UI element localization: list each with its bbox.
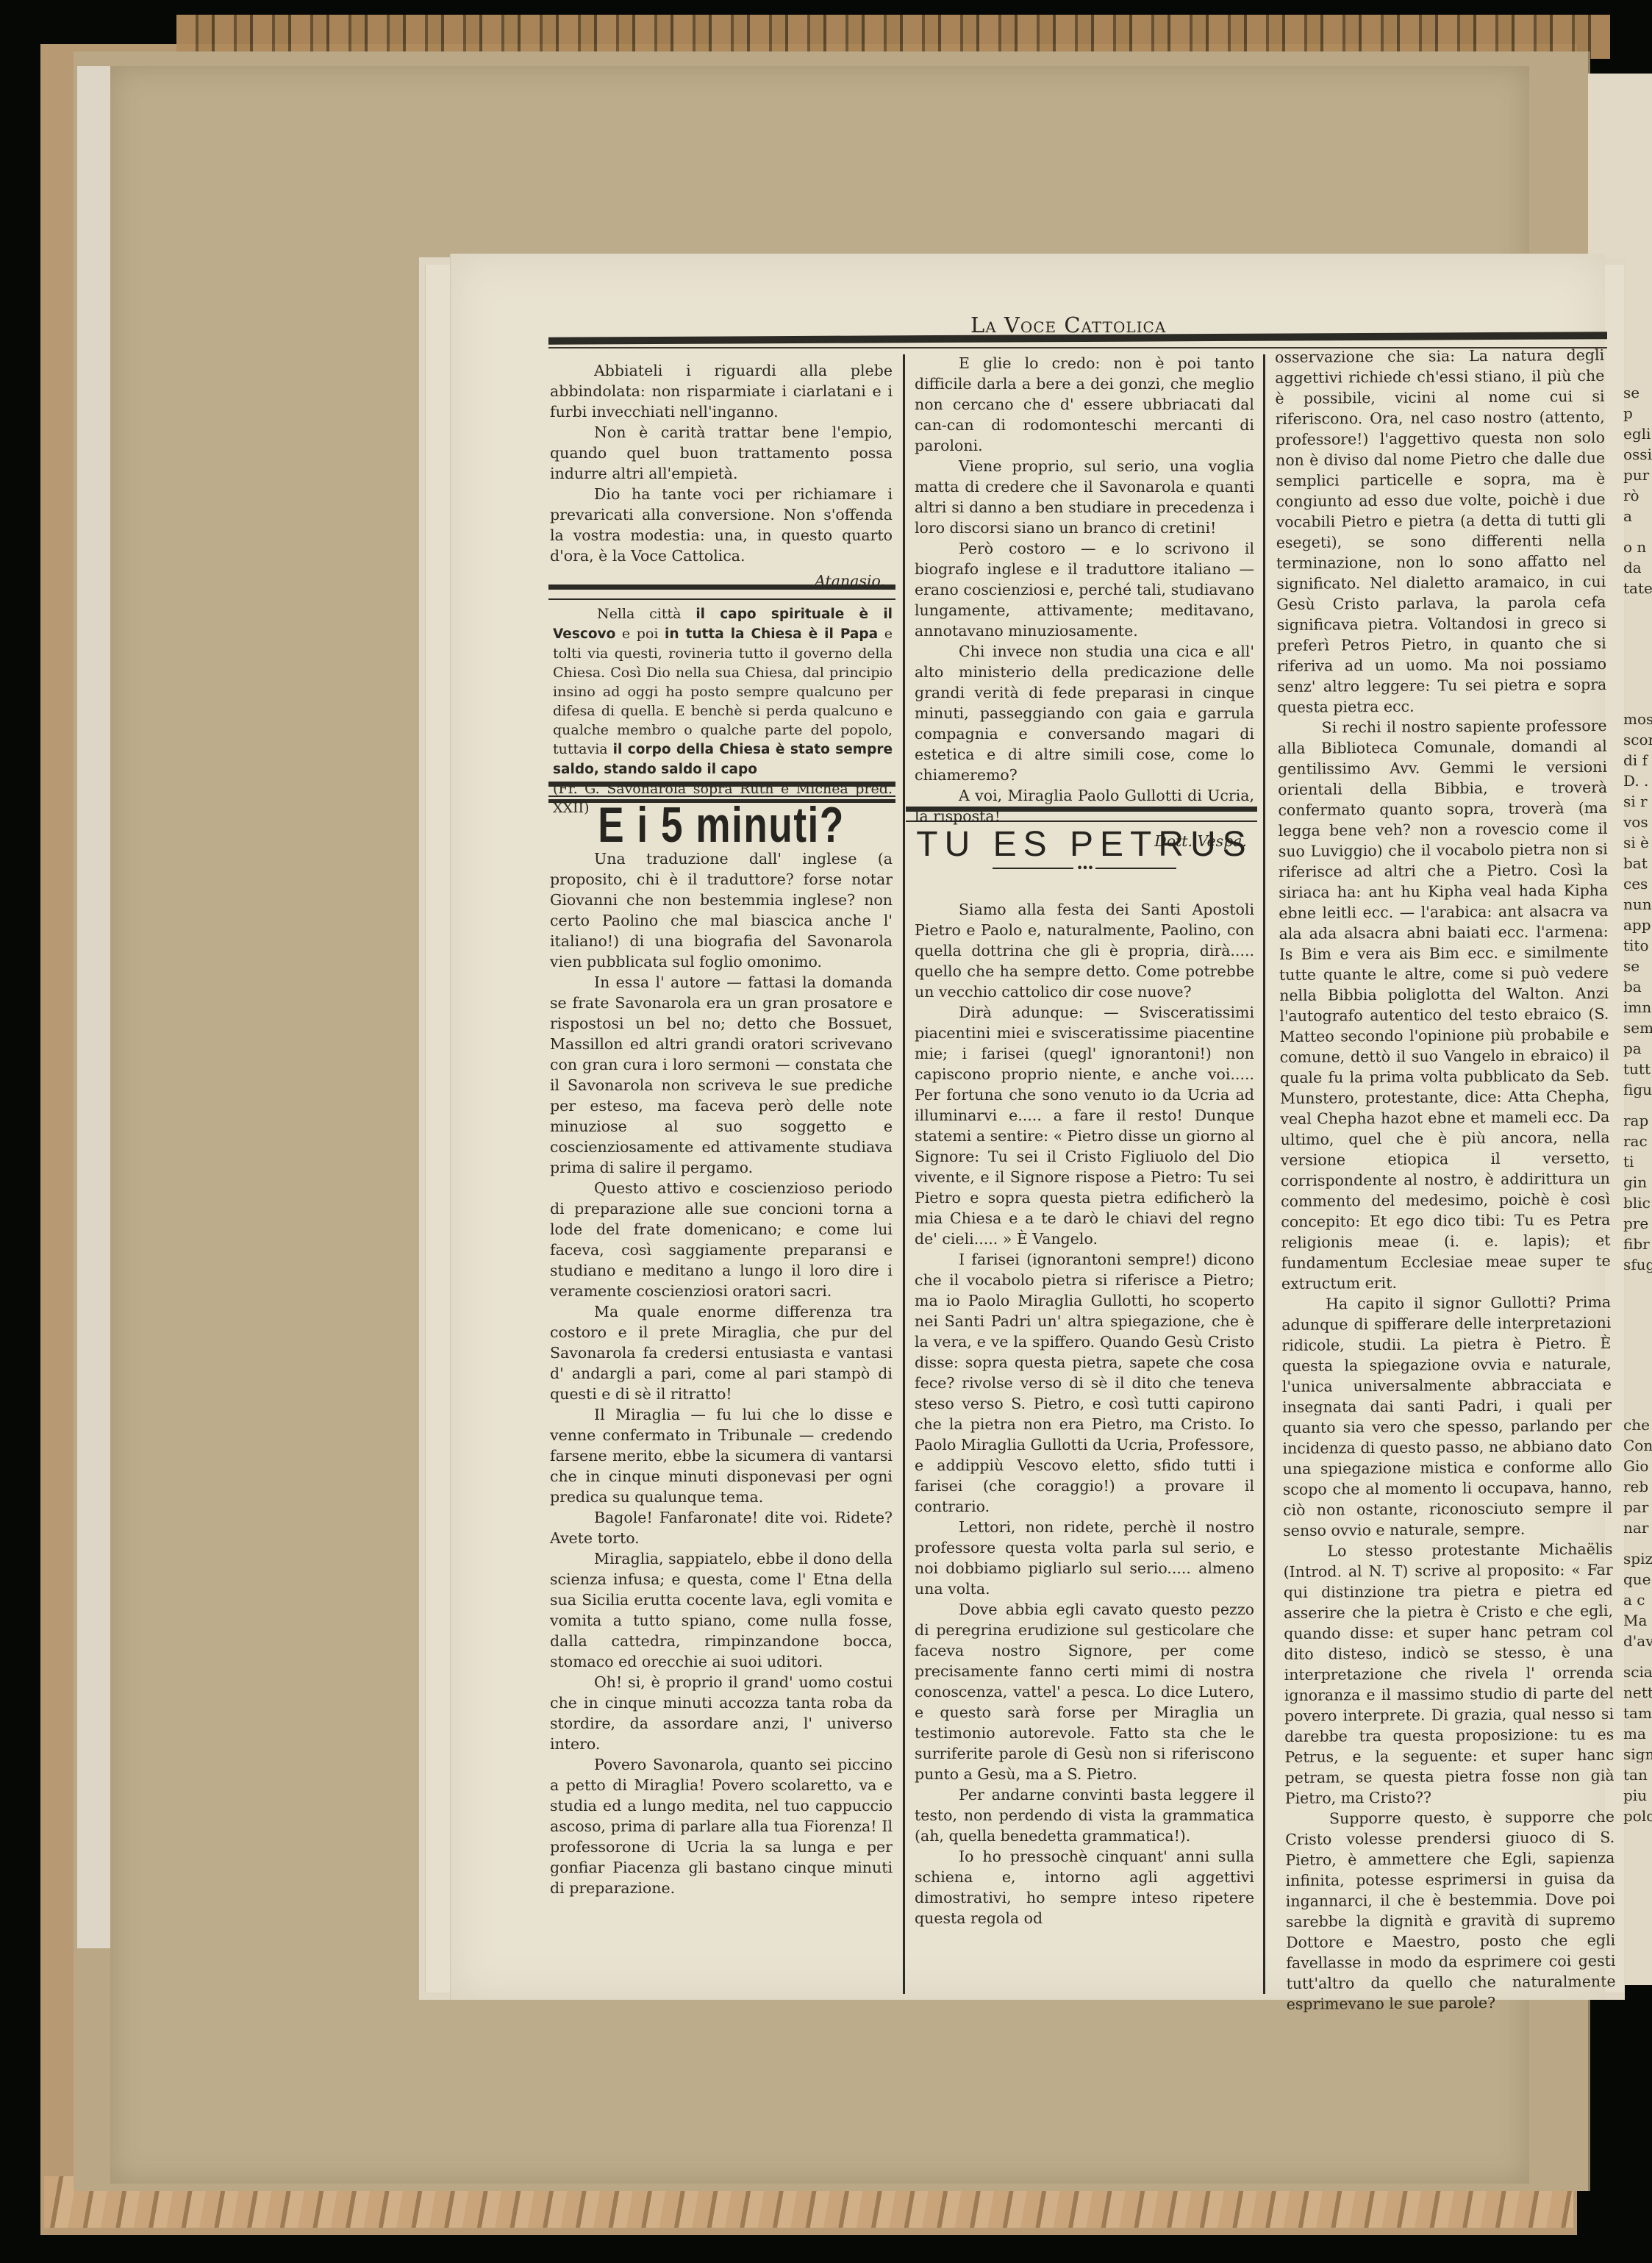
column-3: osservazione che sia: La natura degli ag… xyxy=(1275,345,1616,2014)
left-paper-strip xyxy=(77,66,114,1948)
column-divider-2 xyxy=(1263,354,1265,1994)
paragraph: Per andarne convinti basta leggere il te… xyxy=(915,1784,1254,1846)
article-title: E i 5 minuti? xyxy=(587,815,854,835)
paragraph: E glie lo credo: non è poi tanto diffici… xyxy=(915,353,1254,456)
paragraph: Però costoro — e lo scrivono il biografo… xyxy=(915,538,1254,641)
paragraph: Povero Savonarola, quanto sei piccino a … xyxy=(550,1754,893,1898)
article-tu-es-petrus: TU ES PETRUS ••• Siamo alla festa dei Sa… xyxy=(915,820,1254,1928)
adjacent-page-fragments: se p egli ossi pur rò a o n da tate mos … xyxy=(1623,382,1652,1826)
paragraph: Una traduzione dall' inglese (a proposit… xyxy=(550,848,893,972)
paragraph: Abbiateli i riguardi alla plebe abbindol… xyxy=(550,360,893,422)
column-1-top: Abbiateli i riguardi alla plebe abbindol… xyxy=(550,360,893,591)
ornament-dots: ••• xyxy=(1076,858,1093,879)
paragraph: I farisei (ignorantoni sempre!) dicono c… xyxy=(915,1249,1254,1517)
paragraph: Lettori, non ridete, perchè il nostro pr… xyxy=(915,1517,1254,1599)
paragraph: Viene proprio, sul serio, una voglia mat… xyxy=(915,456,1254,538)
paragraph: Lo stesso protestante Michaëlis (Introd.… xyxy=(1283,1539,1615,1809)
paragraph: Supporre questo, è supporre che Cristo v… xyxy=(1285,1806,1616,2014)
paragraph: Chi invece non studia una cica e all' al… xyxy=(915,641,1254,785)
article-e-i-5-minuti: E i 5 minuti? Una traduzione dall' ingle… xyxy=(550,809,893,1898)
paragraph: Io ho pressochè cinquant' anni sulla sch… xyxy=(915,1846,1254,1928)
paragraph: Non è carità trattar bene l'empio, quand… xyxy=(550,422,893,484)
paragraph: Oh! si, è proprio il grand' uomo costui … xyxy=(550,1672,893,1754)
paragraph: In essa l' autore — fattasi la domanda s… xyxy=(550,972,893,1178)
paragraph: Si rechi il nostro sapiente professore a… xyxy=(1278,715,1611,1294)
article-title: TU ES PETRUS xyxy=(915,834,1254,855)
paragraph: Dove abbia egli cavato questo pezzo di p… xyxy=(915,1599,1254,1784)
column-divider-1 xyxy=(903,354,905,1994)
paragraph: Questo attivo e coscienzioso periodo di … xyxy=(550,1178,893,1301)
ornament-line xyxy=(1095,868,1176,869)
paragraph: Dio ha tante voci per richiamare i preva… xyxy=(550,484,893,566)
ornament-line xyxy=(993,868,1073,869)
paragraph: Siamo alla festa dei Santi Apostoli Piet… xyxy=(915,899,1254,1002)
emphasis-bold: in tutta la Chiesa è il Papa xyxy=(665,626,878,642)
section-divider xyxy=(548,782,895,797)
paragraph: Miraglia, sappiatelo, ebbe il dono della… xyxy=(550,1548,893,1672)
section-divider xyxy=(548,584,895,600)
paragraph: Ha capito il signor Gullotti? Prima adun… xyxy=(1281,1292,1612,1541)
paragraph: Ma quale enorme differenza tra costoro e… xyxy=(550,1301,893,1404)
paragraph: Dirà adunque: — Svisceratissimi piacenti… xyxy=(915,1002,1254,1249)
paragraph: Il Miraglia — fu lui che lo disse e venn… xyxy=(550,1404,893,1507)
column-2-top: E glie lo credo: non è poi tanto diffici… xyxy=(915,353,1254,851)
paragraph: Bagole! Fanfaronate! dite voi. Ridete? A… xyxy=(550,1507,893,1548)
paragraph: osservazione che sia: La natura degli ag… xyxy=(1275,345,1607,718)
